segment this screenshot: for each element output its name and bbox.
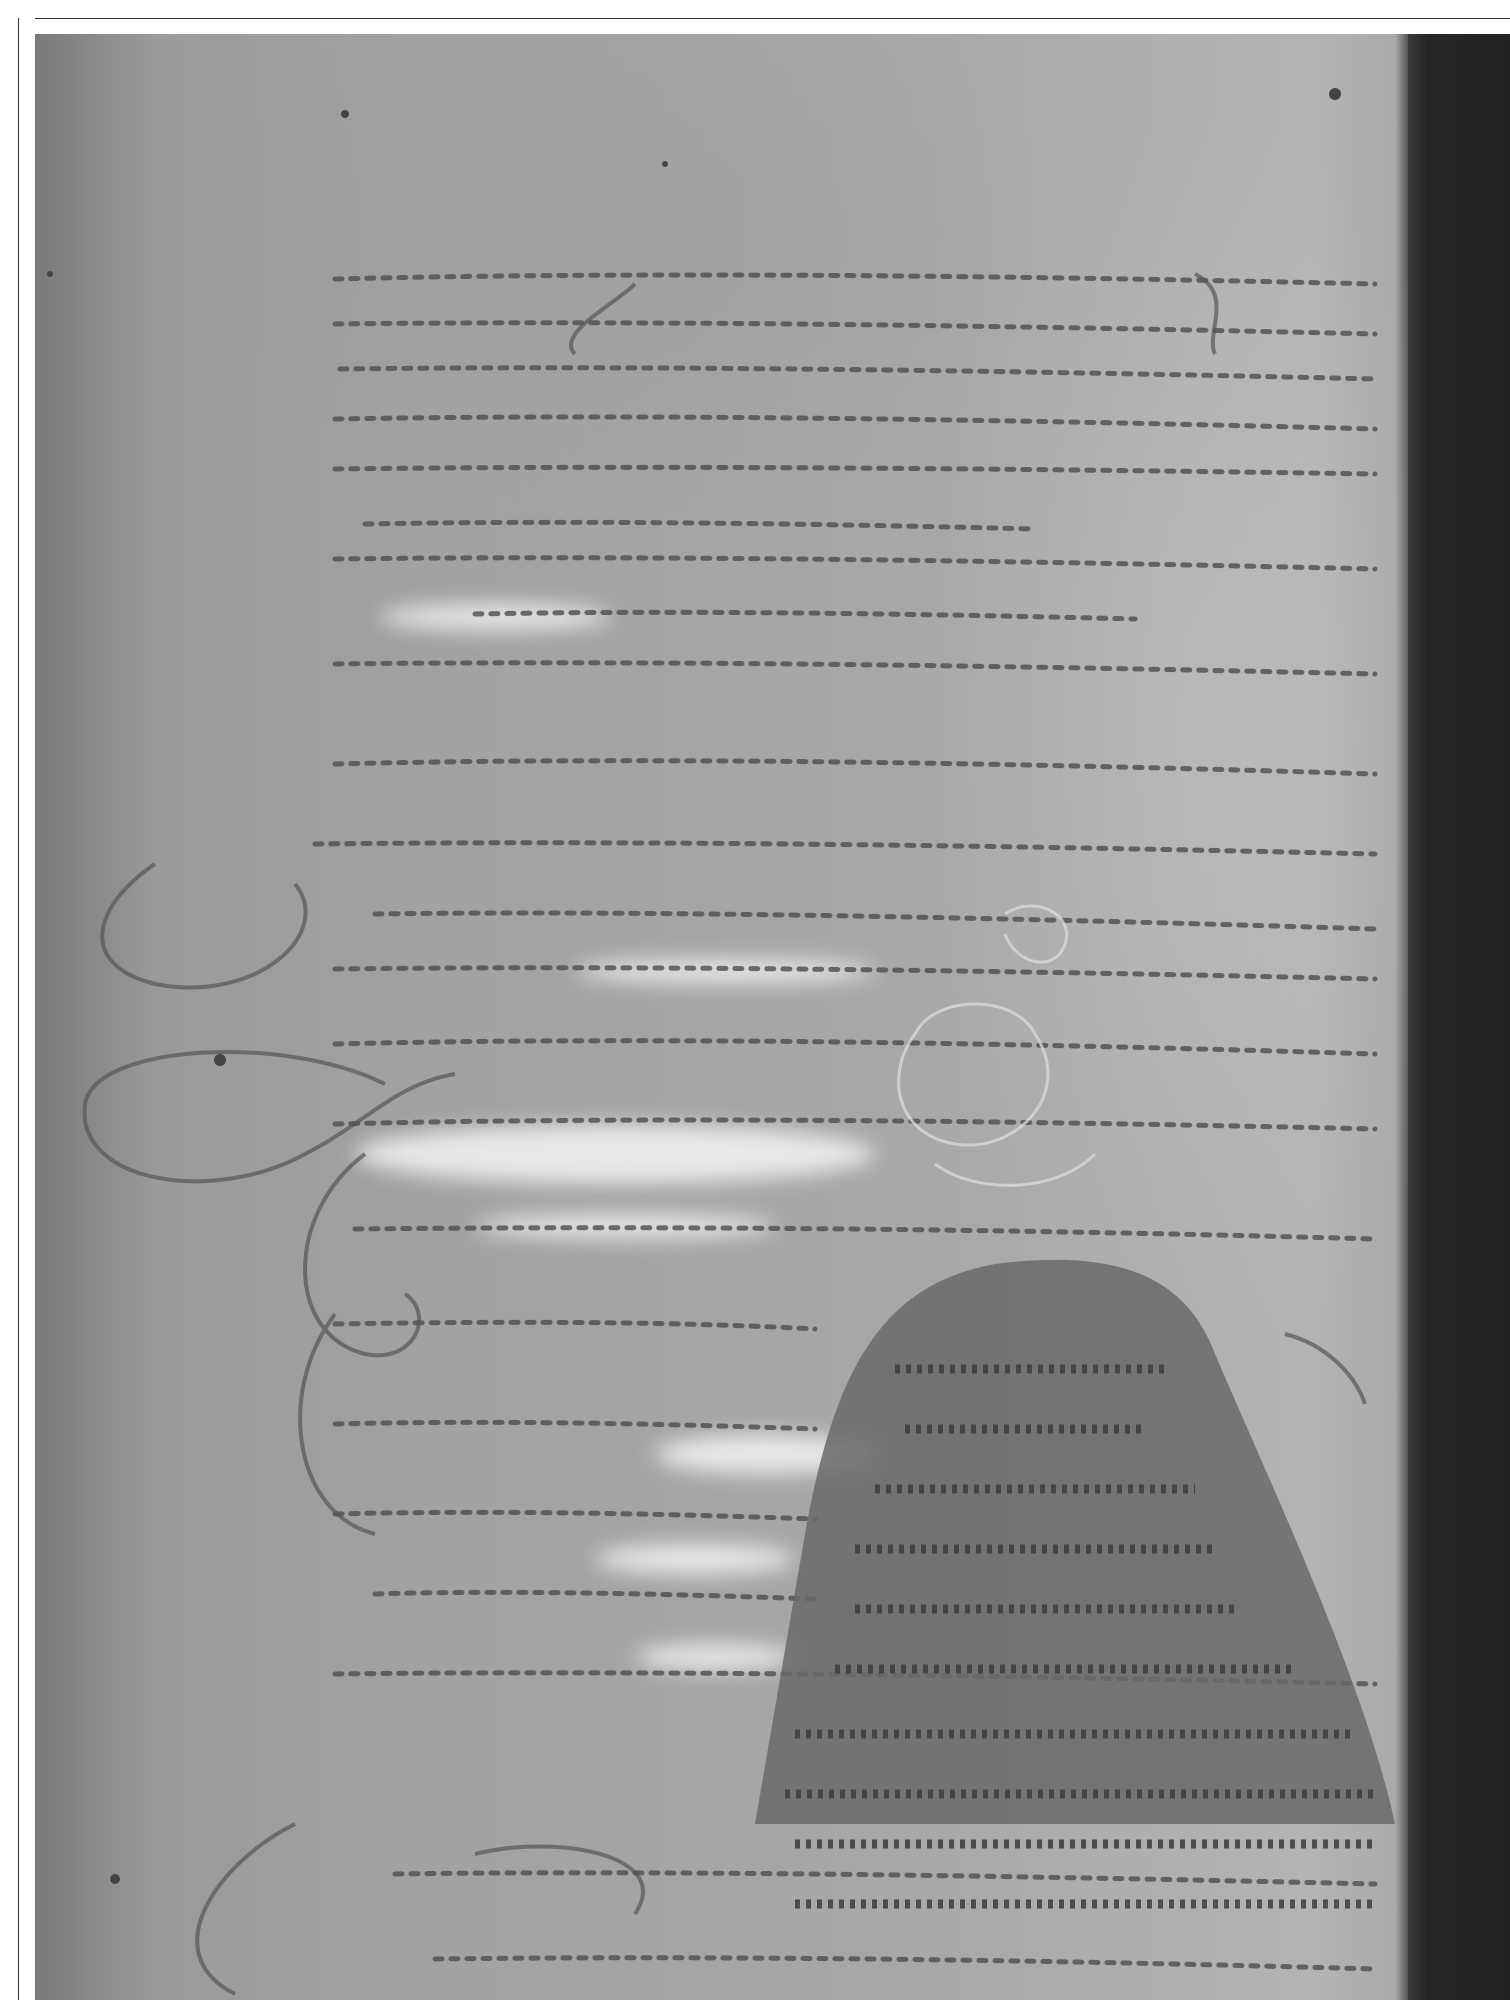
dark-border-strip <box>1408 34 1510 2000</box>
ruler-left-baseline <box>18 18 19 2000</box>
ruler-top <box>0 0 1510 34</box>
ruler-left <box>0 0 35 2000</box>
ruler-top-baseline <box>18 18 1510 19</box>
arch-underlying-text-block <box>755 1260 1395 1824</box>
manuscript-scan <box>35 34 1510 2000</box>
handwriting-ink <box>35 34 1510 2000</box>
